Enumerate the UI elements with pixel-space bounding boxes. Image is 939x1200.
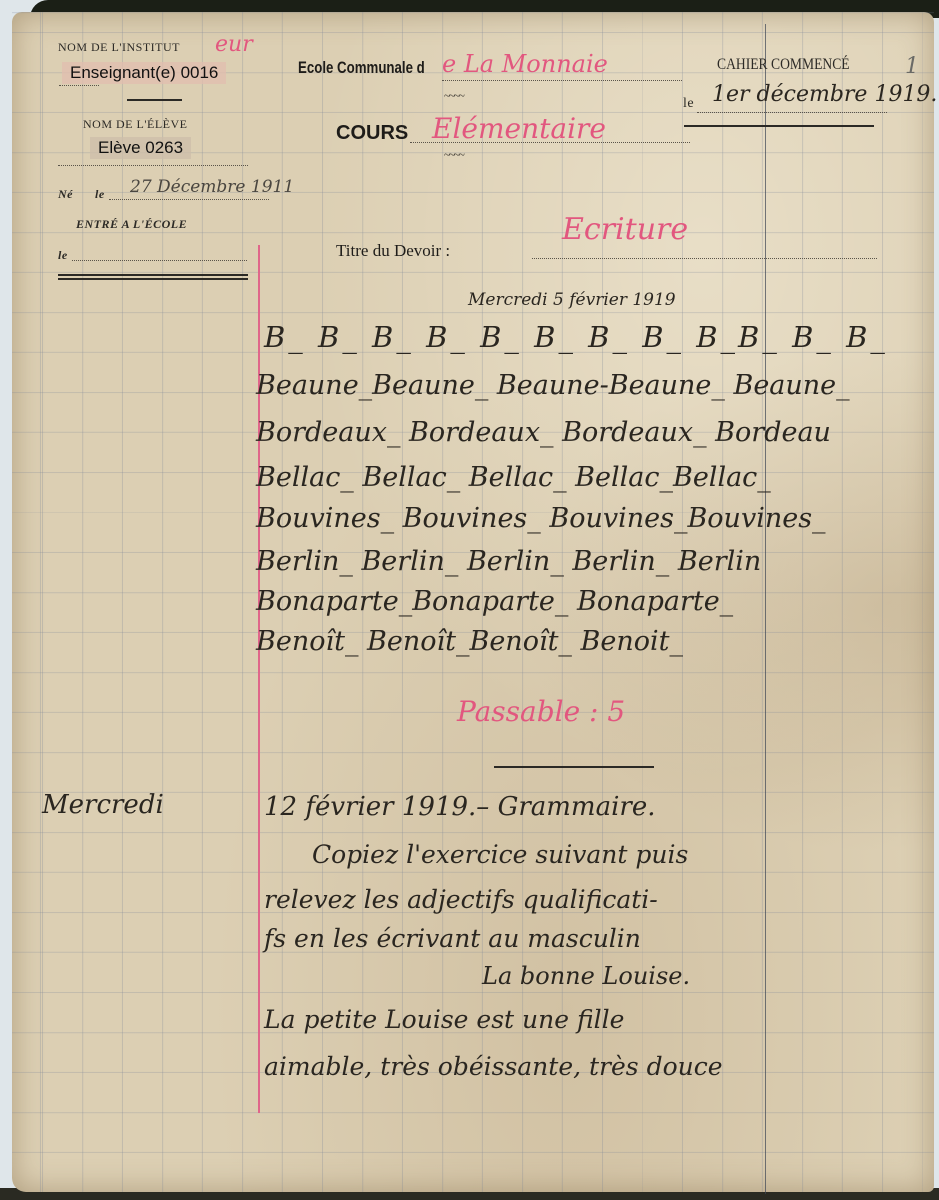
born-le-label: le bbox=[95, 187, 105, 202]
teacher-dotted-line bbox=[59, 85, 99, 86]
entered-school-label: ENTRÉ A L'ÉCOLE bbox=[76, 217, 187, 232]
squiggle-divider: ~~~~ bbox=[444, 90, 464, 102]
cours-dotted-line bbox=[410, 142, 690, 143]
born-label: Né bbox=[58, 187, 73, 202]
exercise2-heading: 12 février 1919.– Grammaire. bbox=[264, 792, 655, 822]
practice-line-3: Bordeaux_ Bordeaux_ Bordeaux_ Bordeau bbox=[256, 417, 831, 448]
exercise2-line-2: relevez les adjectifs qualificati- bbox=[264, 885, 658, 914]
assignment-dotted-line bbox=[532, 258, 877, 259]
exercise1-date: Mercredi 5 février 1919 bbox=[468, 290, 676, 310]
page-number: 1 bbox=[905, 54, 919, 79]
assignment-title-label: Titre du Devoir : bbox=[336, 241, 450, 261]
teacher-suffix-handwritten: eur bbox=[215, 32, 253, 57]
exercise2-line-6: aimable, très obéissante, très douce bbox=[264, 1052, 723, 1081]
school-name: e La Monnaie bbox=[442, 50, 608, 78]
practice-line-4: Bellac_ Bellac_ Bellac_ Bellac_Bellac_ bbox=[256, 462, 771, 493]
grade: Passable : 5 bbox=[457, 695, 625, 728]
exercise2-line-1: Copiez l'exercice suivant puis bbox=[312, 840, 688, 869]
squiggle-divider-2: ~~~~ bbox=[444, 149, 464, 161]
entered-dotted-line bbox=[72, 260, 247, 261]
margin-day: Mercredi bbox=[42, 790, 164, 820]
double-rule bbox=[58, 274, 248, 280]
practice-line-2: Beaune_Beaune_ Beaune-Beaune_ Beaune_ bbox=[256, 370, 850, 401]
exercise2-line-5: La petite Louise est une fille bbox=[264, 1005, 624, 1034]
school-dotted-line bbox=[442, 80, 682, 81]
teacher-name-redacted: Enseignant(e) 0016 bbox=[62, 62, 226, 84]
student-dotted-line bbox=[58, 165, 248, 166]
school-label: Ecole Communale d bbox=[298, 58, 425, 78]
practice-line-7: Bonaparte_Bonaparte_ Bonaparte_ bbox=[256, 586, 733, 617]
practice-line-6: Berlin_ Berlin_ Berlin_ Berlin_ Berlin bbox=[256, 546, 761, 577]
assignment-title-value: Ecriture bbox=[562, 212, 688, 247]
student-name-redacted: Elève 0263 bbox=[90, 137, 191, 159]
exercise-separator bbox=[494, 766, 654, 768]
born-dotted-line bbox=[109, 199, 269, 200]
separator-line bbox=[127, 99, 182, 101]
teacher-label: NOM DE L'INSTITUT bbox=[58, 40, 180, 55]
start-le-label: le bbox=[683, 96, 694, 112]
exercise2-line-3: fs en les écrivant au masculin bbox=[264, 924, 641, 953]
exercise2-line-4: La bonne Louise. bbox=[482, 962, 690, 990]
student-label: NOM DE L'ÉLÈVE bbox=[83, 117, 187, 132]
practice-line-1: B_ B_ B_ B_ B_ B_ B_ B_ B_B_ B_ B_ bbox=[264, 320, 888, 354]
notebook-page: NOM DE L'INSTITUT eur Enseignant(e) 0016… bbox=[12, 12, 934, 1192]
start-dotted-line bbox=[697, 112, 887, 113]
practice-line-8: Benoît_ Benoît_Benoît_ Benoit_ bbox=[256, 626, 683, 657]
start-underline bbox=[684, 125, 874, 127]
born-date: 27 Décembre 1911 bbox=[130, 177, 294, 197]
start-date: 1er décembre 1919. bbox=[712, 82, 937, 107]
right-ruled-line bbox=[765, 24, 766, 1194]
cours-value: Elémentaire bbox=[432, 112, 606, 145]
practice-line-5: Bouvines_ Bouvines_ Bouvines_Bouvines_ bbox=[256, 503, 826, 534]
cahier-commence-label: CAHIER COMMENCÉ bbox=[717, 56, 850, 74]
entered-le-label: le bbox=[58, 248, 68, 263]
cours-label: COURS bbox=[336, 122, 408, 145]
